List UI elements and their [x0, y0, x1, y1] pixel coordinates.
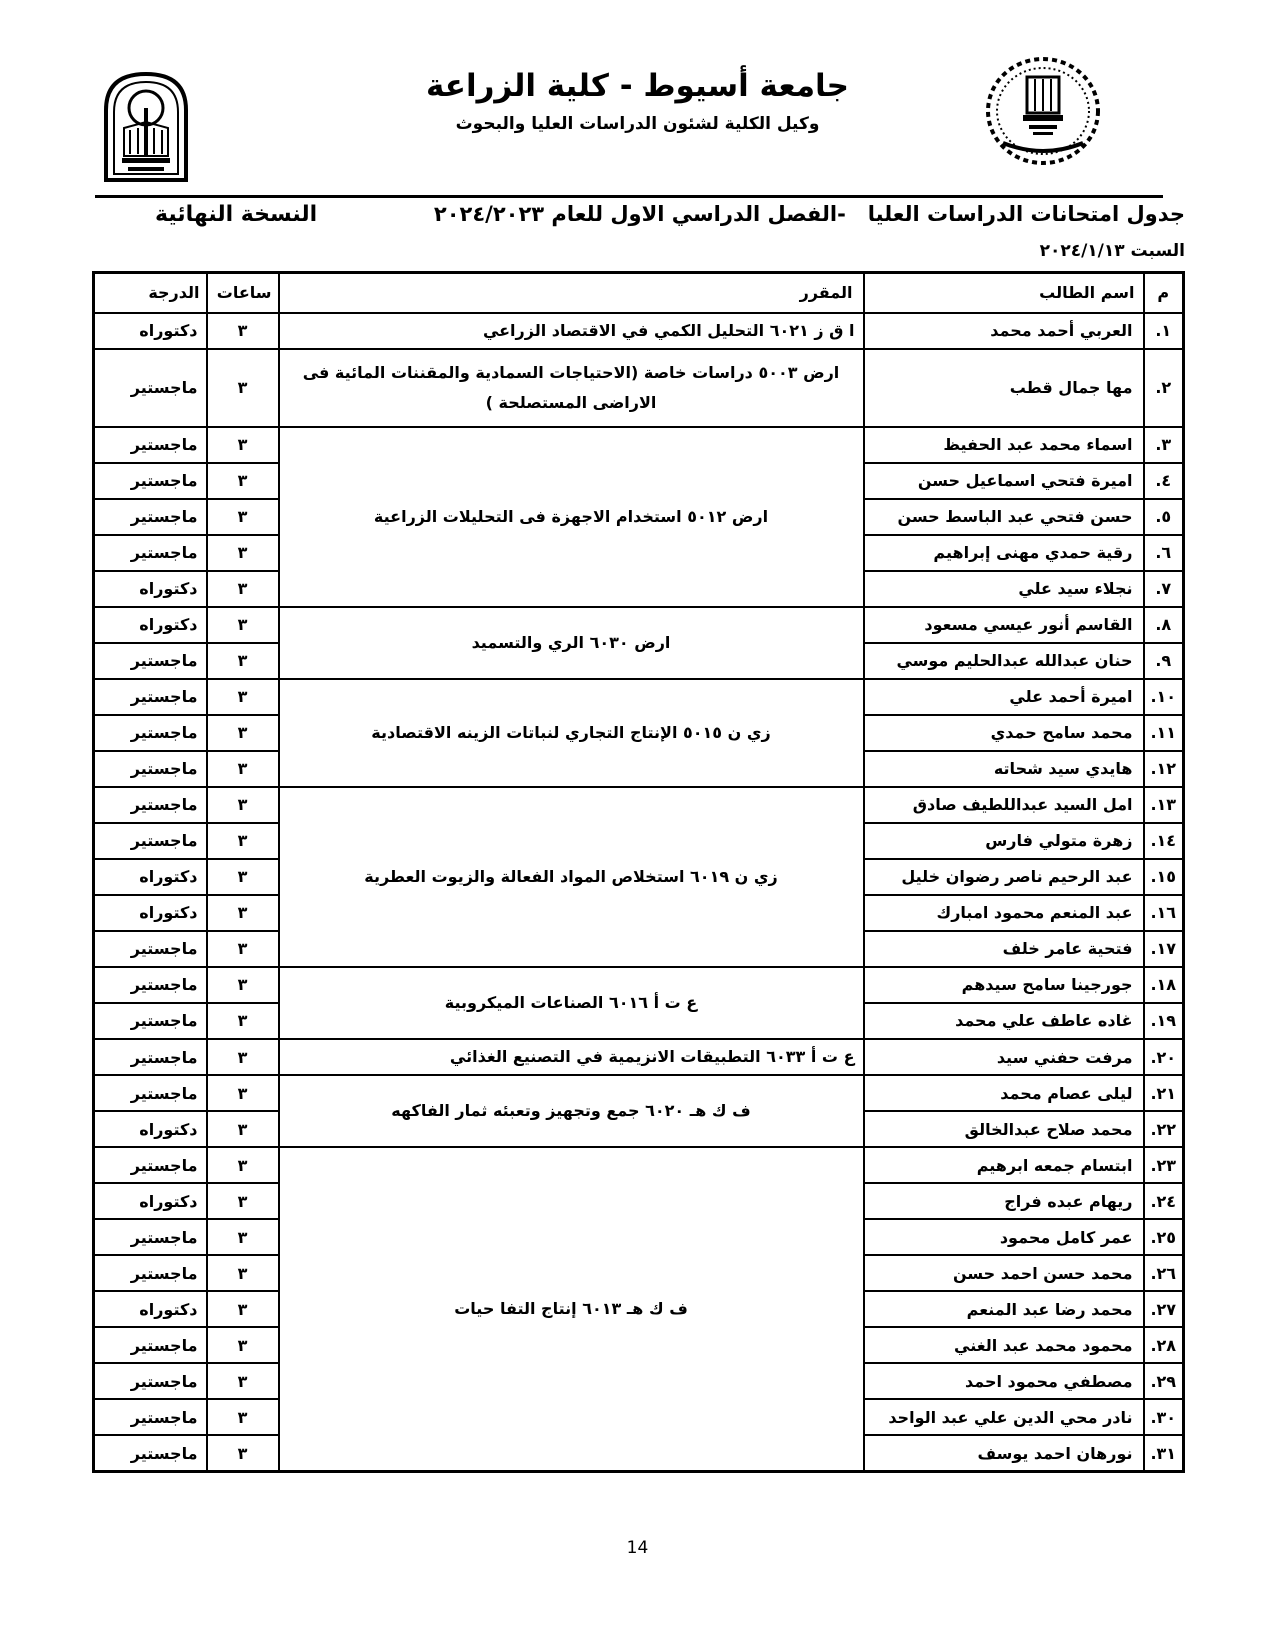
student-name: اميرة فتحي اسماعيل حسن [864, 463, 1144, 499]
hours-value: ٣ [207, 463, 279, 499]
exam-date: السبت ٢٠٢٤/١/١٣ [95, 241, 1185, 261]
table-header-row: م اسم الطالب المقرر ساعات الدرجة [94, 273, 1184, 313]
page-header: جامعة أسيوط - كلية الزراعة وكيل الكلية ل… [0, 0, 1275, 195]
row-number: ٢٧. [1144, 1291, 1184, 1327]
degree-value: ماجستير [94, 1219, 207, 1255]
hours-value: ٣ [207, 1435, 279, 1471]
course-name: ع ت أ ٦٠٣٣ التطبيقات الانزيمية في التصني… [279, 1039, 864, 1075]
table-row: ٨.القاسم أنور عيسي مسعودارض ٦٠٣٠ الري وا… [94, 607, 1184, 643]
degree-value: ماجستير [94, 1327, 207, 1363]
table-row: ١٣.امل السيد عبداللطيف صادقزي ن ٦٠١٩ است… [94, 787, 1184, 823]
hours-value: ٣ [207, 1183, 279, 1219]
degree-value: ماجستير [94, 715, 207, 751]
hours-value: ٣ [207, 1039, 279, 1075]
student-name: نجلاء سيد علي [864, 571, 1144, 607]
row-number: ١٢. [1144, 751, 1184, 787]
schedule-title: جدول امتحانات الدراسات العليا -الفصل الد… [434, 202, 1185, 226]
student-name: مرفت حفني سيد [864, 1039, 1144, 1075]
student-name: جورجينا سامح سيدهم [864, 967, 1144, 1003]
row-number: ٢. [1144, 349, 1184, 427]
hours-value: ٣ [207, 895, 279, 931]
hours-value: ٣ [207, 751, 279, 787]
degree-value: دكتوراه [94, 1183, 207, 1219]
hours-value: ٣ [207, 1003, 279, 1039]
hours-value: ٣ [207, 823, 279, 859]
degree-value: ماجستير [94, 349, 207, 427]
degree-value: ماجستير [94, 1039, 207, 1075]
hours-value: ٣ [207, 715, 279, 751]
hours-value: ٣ [207, 313, 279, 349]
exam-schedule-table: م اسم الطالب المقرر ساعات الدرجة ١.العرب… [92, 271, 1185, 1473]
hours-value: ٣ [207, 1075, 279, 1111]
table-row: ٢٣.ابتسام جمعه ابرهيمف ك هـ ٦٠١٣ إنتاج ا… [94, 1147, 1184, 1183]
row-number: ٢٦. [1144, 1255, 1184, 1291]
row-number: ١٦. [1144, 895, 1184, 931]
hours-value: ٣ [207, 427, 279, 463]
row-number: ١٣. [1144, 787, 1184, 823]
hours-value: ٣ [207, 1147, 279, 1183]
hours-value: ٣ [207, 535, 279, 571]
student-name: ابتسام جمعه ابرهيم [864, 1147, 1144, 1183]
hours-value: ٣ [207, 643, 279, 679]
version-label: النسخة النهائية [155, 202, 317, 227]
degree-value: ماجستير [94, 499, 207, 535]
row-number: ٢١. [1144, 1075, 1184, 1111]
hours-value: ٣ [207, 349, 279, 427]
degree-value: ماجستير [94, 427, 207, 463]
student-name: هايدي سيد شحاته [864, 751, 1144, 787]
row-number: ٦. [1144, 535, 1184, 571]
student-name: عمر كامل محمود [864, 1219, 1144, 1255]
header-hours: ساعات [207, 273, 279, 313]
degree-value: دكتوراه [94, 1291, 207, 1327]
course-name: ارض ٥٠٠٣ دراسات خاصة (الاحتياجات السمادي… [279, 349, 864, 427]
hours-value: ٣ [207, 787, 279, 823]
student-name: القاسم أنور عيسي مسعود [864, 607, 1144, 643]
row-number: ٩. [1144, 643, 1184, 679]
row-number: ٨. [1144, 607, 1184, 643]
row-number: ١٠. [1144, 679, 1184, 715]
page-number: 14 [0, 1538, 1275, 1558]
course-name: ع ت أ ٦٠١٦ الصناعات الميكروبية [279, 967, 864, 1039]
degree-value: دكتوراه [94, 1111, 207, 1147]
course-name: زي ن ٥٠١٥ الإنتاج التجاري لنباتات الزينه… [279, 679, 864, 787]
degree-value: دكتوراه [94, 607, 207, 643]
table-body: ١.العربي أحمد محمدا ق ز ٦٠٢١ التحليل الك… [94, 313, 1184, 1472]
row-number: ٢٣. [1144, 1147, 1184, 1183]
hours-value: ٣ [207, 1363, 279, 1399]
course-name: ا ق ز ٦٠٢١ التحليل الكمي في الاقتصاد الز… [279, 313, 864, 349]
table-row: ٣.اسماء محمد عبد الحفيظارض ٥٠١٢ استخدام … [94, 427, 1184, 463]
student-name: محمد صلاح عبدالخالق [864, 1111, 1144, 1147]
hours-value: ٣ [207, 859, 279, 895]
row-number: ٢٥. [1144, 1219, 1184, 1255]
header-index: م [1144, 273, 1184, 313]
student-name: عبد الرحيم ناصر رضوان خليل [864, 859, 1144, 895]
student-name: فتحية عامر خلف [864, 931, 1144, 967]
hours-value: ٣ [207, 1255, 279, 1291]
student-name: محمود محمد عبد الغني [864, 1327, 1144, 1363]
degree-value: دكتوراه [94, 859, 207, 895]
student-name: اسماء محمد عبد الحفيظ [864, 427, 1144, 463]
faculty-emblem-icon [98, 68, 194, 186]
student-name: حسن فتحي عبد الباسط حسن [864, 499, 1144, 535]
degree-value: دكتوراه [94, 895, 207, 931]
student-name: ريهام عبده فراج [864, 1183, 1144, 1219]
header-divider [95, 195, 1163, 198]
degree-value: ماجستير [94, 931, 207, 967]
hours-value: ٣ [207, 1291, 279, 1327]
course-name: ف ك هـ ٦٠٢٠ جمع وتجهيز وتعبئه ثمار الفاك… [279, 1075, 864, 1147]
degree-value: ماجستير [94, 1147, 207, 1183]
row-number: ٣. [1144, 427, 1184, 463]
row-number: ١. [1144, 313, 1184, 349]
table-row: ٢١.ليلى عصام محمدف ك هـ ٦٠٢٠ جمع وتجهيز … [94, 1075, 1184, 1111]
hours-value: ٣ [207, 1399, 279, 1435]
document-page: جامعة أسيوط - كلية الزراعة وكيل الكلية ل… [0, 0, 1275, 1650]
degree-value: ماجستير [94, 463, 207, 499]
student-name: نادر محي الدين علي عبد الواحد [864, 1399, 1144, 1435]
hours-value: ٣ [207, 1327, 279, 1363]
table-row: ١.العربي أحمد محمدا ق ز ٦٠٢١ التحليل الك… [94, 313, 1184, 349]
row-number: ٢٩. [1144, 1363, 1184, 1399]
degree-value: ماجستير [94, 1075, 207, 1111]
row-number: ١١. [1144, 715, 1184, 751]
hours-value: ٣ [207, 1111, 279, 1147]
student-name: حنان عبدالله عبدالحليم موسي [864, 643, 1144, 679]
row-number: ١٨. [1144, 967, 1184, 1003]
student-name: نورهان احمد يوسف [864, 1435, 1144, 1471]
degree-value: ماجستير [94, 679, 207, 715]
degree-value: ماجستير [94, 1399, 207, 1435]
row-number: ١٧. [1144, 931, 1184, 967]
table-row: ١٨.جورجينا سامح سيدهمع ت أ ٦٠١٦ الصناعات… [94, 967, 1184, 1003]
table-row: ١٠.اميرة أحمد عليزي ن ٥٠١٥ الإنتاج التجا… [94, 679, 1184, 715]
degree-value: دكتوراه [94, 313, 207, 349]
hours-value: ٣ [207, 607, 279, 643]
row-number: ١٩. [1144, 1003, 1184, 1039]
hours-value: ٣ [207, 931, 279, 967]
degree-value: ماجستير [94, 787, 207, 823]
student-name: اميرة أحمد علي [864, 679, 1144, 715]
course-name: ارض ٦٠٣٠ الري والتسميد [279, 607, 864, 679]
student-name: مصطفي محمود احمد [864, 1363, 1144, 1399]
degree-value: ماجستير [94, 1363, 207, 1399]
student-name: محمد سامح حمدي [864, 715, 1144, 751]
student-name: محمد رضا عبد المنعم [864, 1291, 1144, 1327]
row-number: ٣٠. [1144, 1399, 1184, 1435]
degree-value: ماجستير [94, 1255, 207, 1291]
title-row: جدول امتحانات الدراسات العليا -الفصل الد… [95, 202, 1185, 227]
student-name: امل السيد عبداللطيف صادق [864, 787, 1144, 823]
degree-value: ماجستير [94, 823, 207, 859]
student-name: عبد المنعم محمود امبارك [864, 895, 1144, 931]
row-number: ٢٨. [1144, 1327, 1184, 1363]
row-number: ١٥. [1144, 859, 1184, 895]
degree-value: ماجستير [94, 643, 207, 679]
student-name: زهرة متولي فارس [864, 823, 1144, 859]
row-number: ١٤. [1144, 823, 1184, 859]
student-name: رقية حمدي مهنى إبراهيم [864, 535, 1144, 571]
row-number: ٢٤. [1144, 1183, 1184, 1219]
row-number: ٥. [1144, 499, 1184, 535]
course-name: ارض ٥٠١٢ استخدام الاجهزة فى التحليلات ال… [279, 427, 864, 607]
header-degree: الدرجة [94, 273, 207, 313]
student-name: العربي أحمد محمد [864, 313, 1144, 349]
row-number: ٢٢. [1144, 1111, 1184, 1147]
hours-value: ٣ [207, 1219, 279, 1255]
hours-value: ٣ [207, 679, 279, 715]
hours-value: ٣ [207, 499, 279, 535]
student-name: غاده عاطف علي محمد [864, 1003, 1144, 1039]
row-number: ٣١. [1144, 1435, 1184, 1471]
header-course: المقرر [279, 273, 864, 313]
student-name: مها جمال قطب [864, 349, 1144, 427]
row-number: ٧. [1144, 571, 1184, 607]
row-number: ٢٠. [1144, 1039, 1184, 1075]
degree-value: ماجستير [94, 1435, 207, 1471]
course-name: ف ك هـ ٦٠١٣ إنتاج التفا حيات [279, 1147, 864, 1471]
student-name: محمد حسن احمد حسن [864, 1255, 1144, 1291]
course-name: زي ن ٦٠١٩ استخلاص المواد الفعالة والزيوت… [279, 787, 864, 967]
university-seal-icon [983, 55, 1103, 167]
table-row: ٢٠.مرفت حفني سيدع ت أ ٦٠٣٣ التطبيقات الا… [94, 1039, 1184, 1075]
table-row: ٢.مها جمال قطبارض ٥٠٠٣ دراسات خاصة (الاح… [94, 349, 1184, 427]
degree-value: دكتوراه [94, 571, 207, 607]
degree-value: ماجستير [94, 751, 207, 787]
degree-value: ماجستير [94, 1003, 207, 1039]
student-name: ليلى عصام محمد [864, 1075, 1144, 1111]
degree-value: ماجستير [94, 967, 207, 1003]
row-number: ٤. [1144, 463, 1184, 499]
header-student: اسم الطالب [864, 273, 1144, 313]
hours-value: ٣ [207, 571, 279, 607]
hours-value: ٣ [207, 967, 279, 1003]
degree-value: ماجستير [94, 535, 207, 571]
